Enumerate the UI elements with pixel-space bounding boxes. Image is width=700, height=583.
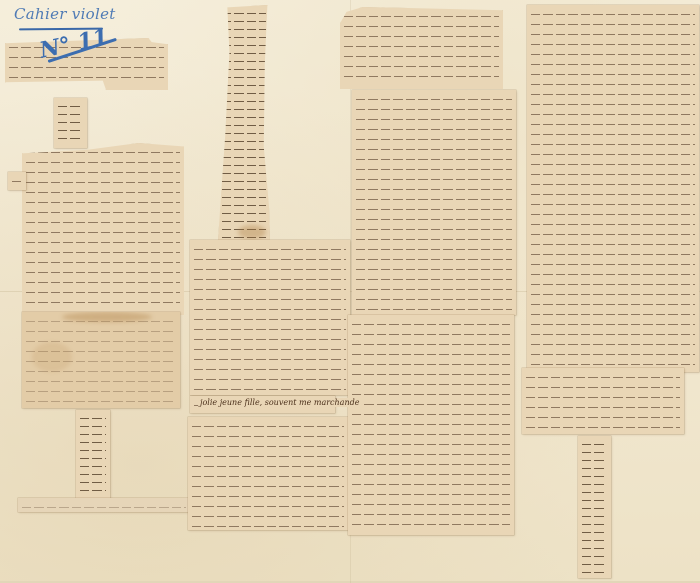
fragment-right-lower: [522, 368, 684, 434]
fragment-middle-large: [190, 240, 350, 395]
fragment-right-main: [527, 5, 699, 372]
fragment-center-lower: [348, 315, 514, 535]
fragment-small-left-tab: [54, 98, 87, 148]
fragment-bottom-center: [188, 417, 348, 530]
fragment-narrow-vertical: [218, 5, 270, 241]
fragment-bottom-left-narrow: [76, 410, 110, 500]
fragment-left-margin-note: [8, 172, 26, 190]
cahier-title-label: Cahier violet: [14, 5, 116, 23]
fragment-left-lower-stained: [22, 312, 180, 408]
fragment-left-main: [22, 143, 184, 315]
fragment-center-main: [352, 90, 516, 315]
legible-line-jolie-jeune-fille: jolie jeune fille, souvent me marchande: [198, 398, 361, 407]
fragment-top-center: [340, 7, 503, 89]
fragment-bottom-right-narrow: [578, 436, 611, 578]
fragment-bottom-left-strip: [18, 498, 190, 512]
manuscript-sheet: Cahier violet N° 11 jolie jeune fille, s…: [0, 0, 700, 583]
